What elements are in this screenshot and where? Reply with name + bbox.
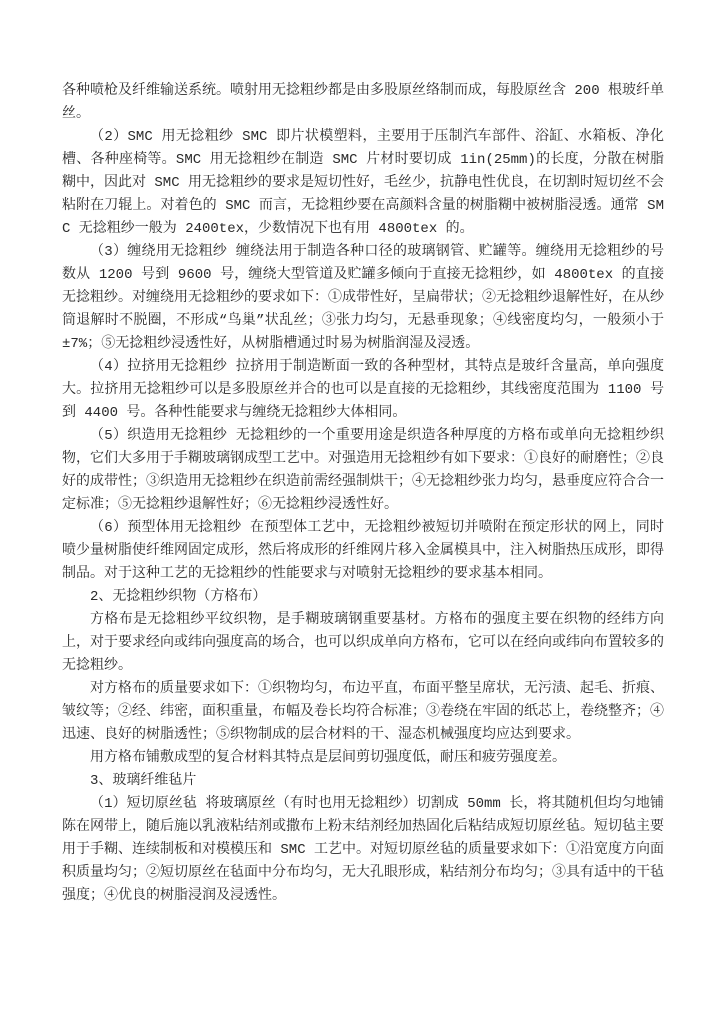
paragraph-woven-roving-intro: 方格布是无捻粗纱平纹织物，是手糊玻璃钢重要基材。方格布的强度主要在织物的经纬方向… [62,609,664,678]
paragraph-chopped-strand-mat: （1）短切原丝毡 将玻璃原丝（有时也用无捻粗纱）切割成 50mm 长，将其随机但… [62,793,664,908]
paragraph-smc-roving: （2）SMC 用无捻粗纱 SMC 即片状模塑料，主要用于压制汽车部件、浴缸、水箱… [62,126,664,241]
paragraph-woven-roving-quality: 对方格布的质量要求如下：①织物均匀，布边平直，布面平整呈席状，无污渍、起毛、折痕… [62,678,664,747]
paragraph-weaving-roving: （5）织造用无捻粗纱 无捻粗纱的一个重要用途是织造各种厚度的方格布或单向无捻粗纱… [62,425,664,517]
section-heading-glass-fiber-mat: 3、玻璃纤维毡片 [62,770,664,793]
paragraph-spray-roving-continuation: 各种喷枪及纤维输送系统。喷射用无捻粗纱都是由多股原丝络制而成，每股原丝含 200… [62,80,664,126]
paragraph-preform-roving: （6）预型体用无捻粗纱 在预型体工艺中，无捻粗纱被短切并喷附在预定形状的网上，同… [62,517,664,586]
paragraph-woven-roving-properties: 用方格布铺敷成型的复合材料其特点是层间剪切强度低，耐压和疲劳强度差。 [62,747,664,770]
section-heading-woven-roving-fabric: 2、无捻粗纱织物（方格布） [62,586,664,609]
paragraph-winding-roving: （3）缠绕用无捻粗纱 缠绕法用于制造各种口径的玻璃钢管、贮罐等。缠绕用无捻粗纱的… [62,241,664,356]
document-page: 各种喷枪及纤维输送系统。喷射用无捻粗纱都是由多股原丝络制而成，每股原丝含 200… [0,0,720,1018]
paragraph-pultrusion-roving: （4）拉挤用无捻粗纱 拉挤用于制造断面一致的各种型材，其特点是玻纤含量高，单向强… [62,356,664,425]
